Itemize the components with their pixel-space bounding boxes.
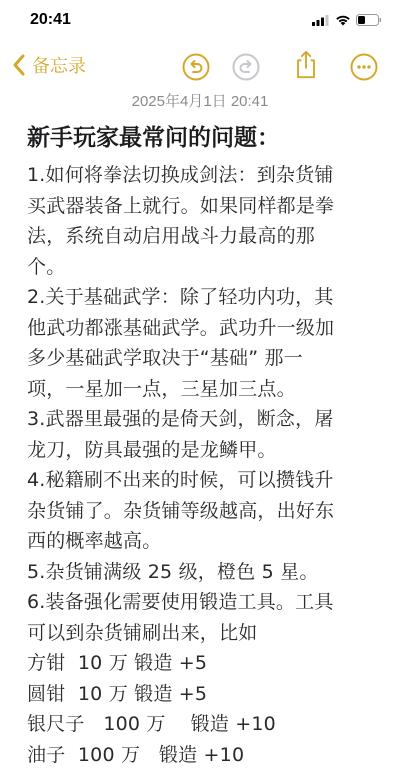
note-title: 新手玩家最常问的问题： [27,118,380,158]
nav-bar: 备忘录 [0,48,400,88]
note-line: 圆钳 10 万 锻造 +5 [27,679,380,710]
note-line: 5.杂货铺满级 25 级，橙色 5 星。 [27,557,380,588]
back-label: 备忘录 [32,52,86,78]
back-button[interactable]: 备忘录 [12,52,86,78]
note-date: 2025年4月1日 20:41 [0,90,400,111]
status-time: 20:41 [30,11,71,29]
share-icon[interactable] [291,50,321,80]
note-line: 个。 [27,252,380,283]
note-line: 1.如何将拳法切换成剑法：到杂货铺 [27,160,380,191]
note-line: 项，一星加一点，三星加三点。 [27,374,380,405]
battery-icon [356,14,382,26]
redo-icon[interactable] [231,52,261,82]
note-line: 杂货铺了。杂货铺等级越高，出好东 [27,496,380,527]
note-line: 买武器装备上就行。如果同样都是拳 [27,191,380,222]
more-icon[interactable] [349,52,379,82]
cellular-signal-icon [312,15,330,26]
status-icons [312,14,382,26]
note-line: 可以到杂货铺刷出来，比如 [27,618,380,649]
note-line: 西的概率越高。 [27,526,380,557]
status-bar: 20:41 [0,0,400,40]
undo-icon[interactable] [181,52,211,82]
wifi-icon [335,14,351,26]
note-line: 3.武器里最强的是倚天剑，断念，屠 [27,404,380,435]
note-line: 方钳 10 万 锻造 +5 [27,648,380,679]
note-line: 他武功都涨基础武学。武功升一级加 [27,313,380,344]
note-line: 银尺子 100 万 锻造 +10 [27,709,380,740]
note-line: 6.装备强化需要使用锻造工具。工具 [27,587,380,618]
note-line: 4.秘籍刷不出来的时候，可以攒钱升 [27,465,380,496]
note-line: 2.关于基础武学：除了轻功内功，其 [27,282,380,313]
note-body[interactable]: 新手玩家最常问的问题： 1.如何将拳法切换成剑法：到杂货铺 买武器装备上就行。如… [27,118,380,770]
note-line: 法，系统自动启用战斗力最高的那 [27,221,380,252]
chevron-left-icon [12,53,26,77]
note-line: 油子 100 万 锻造 +10 [27,740,380,771]
note-line: 多少基础武学取决于“基础” 那一 [27,343,380,374]
note-line: 龙刀，防具最强的是龙鳞甲。 [27,435,380,466]
